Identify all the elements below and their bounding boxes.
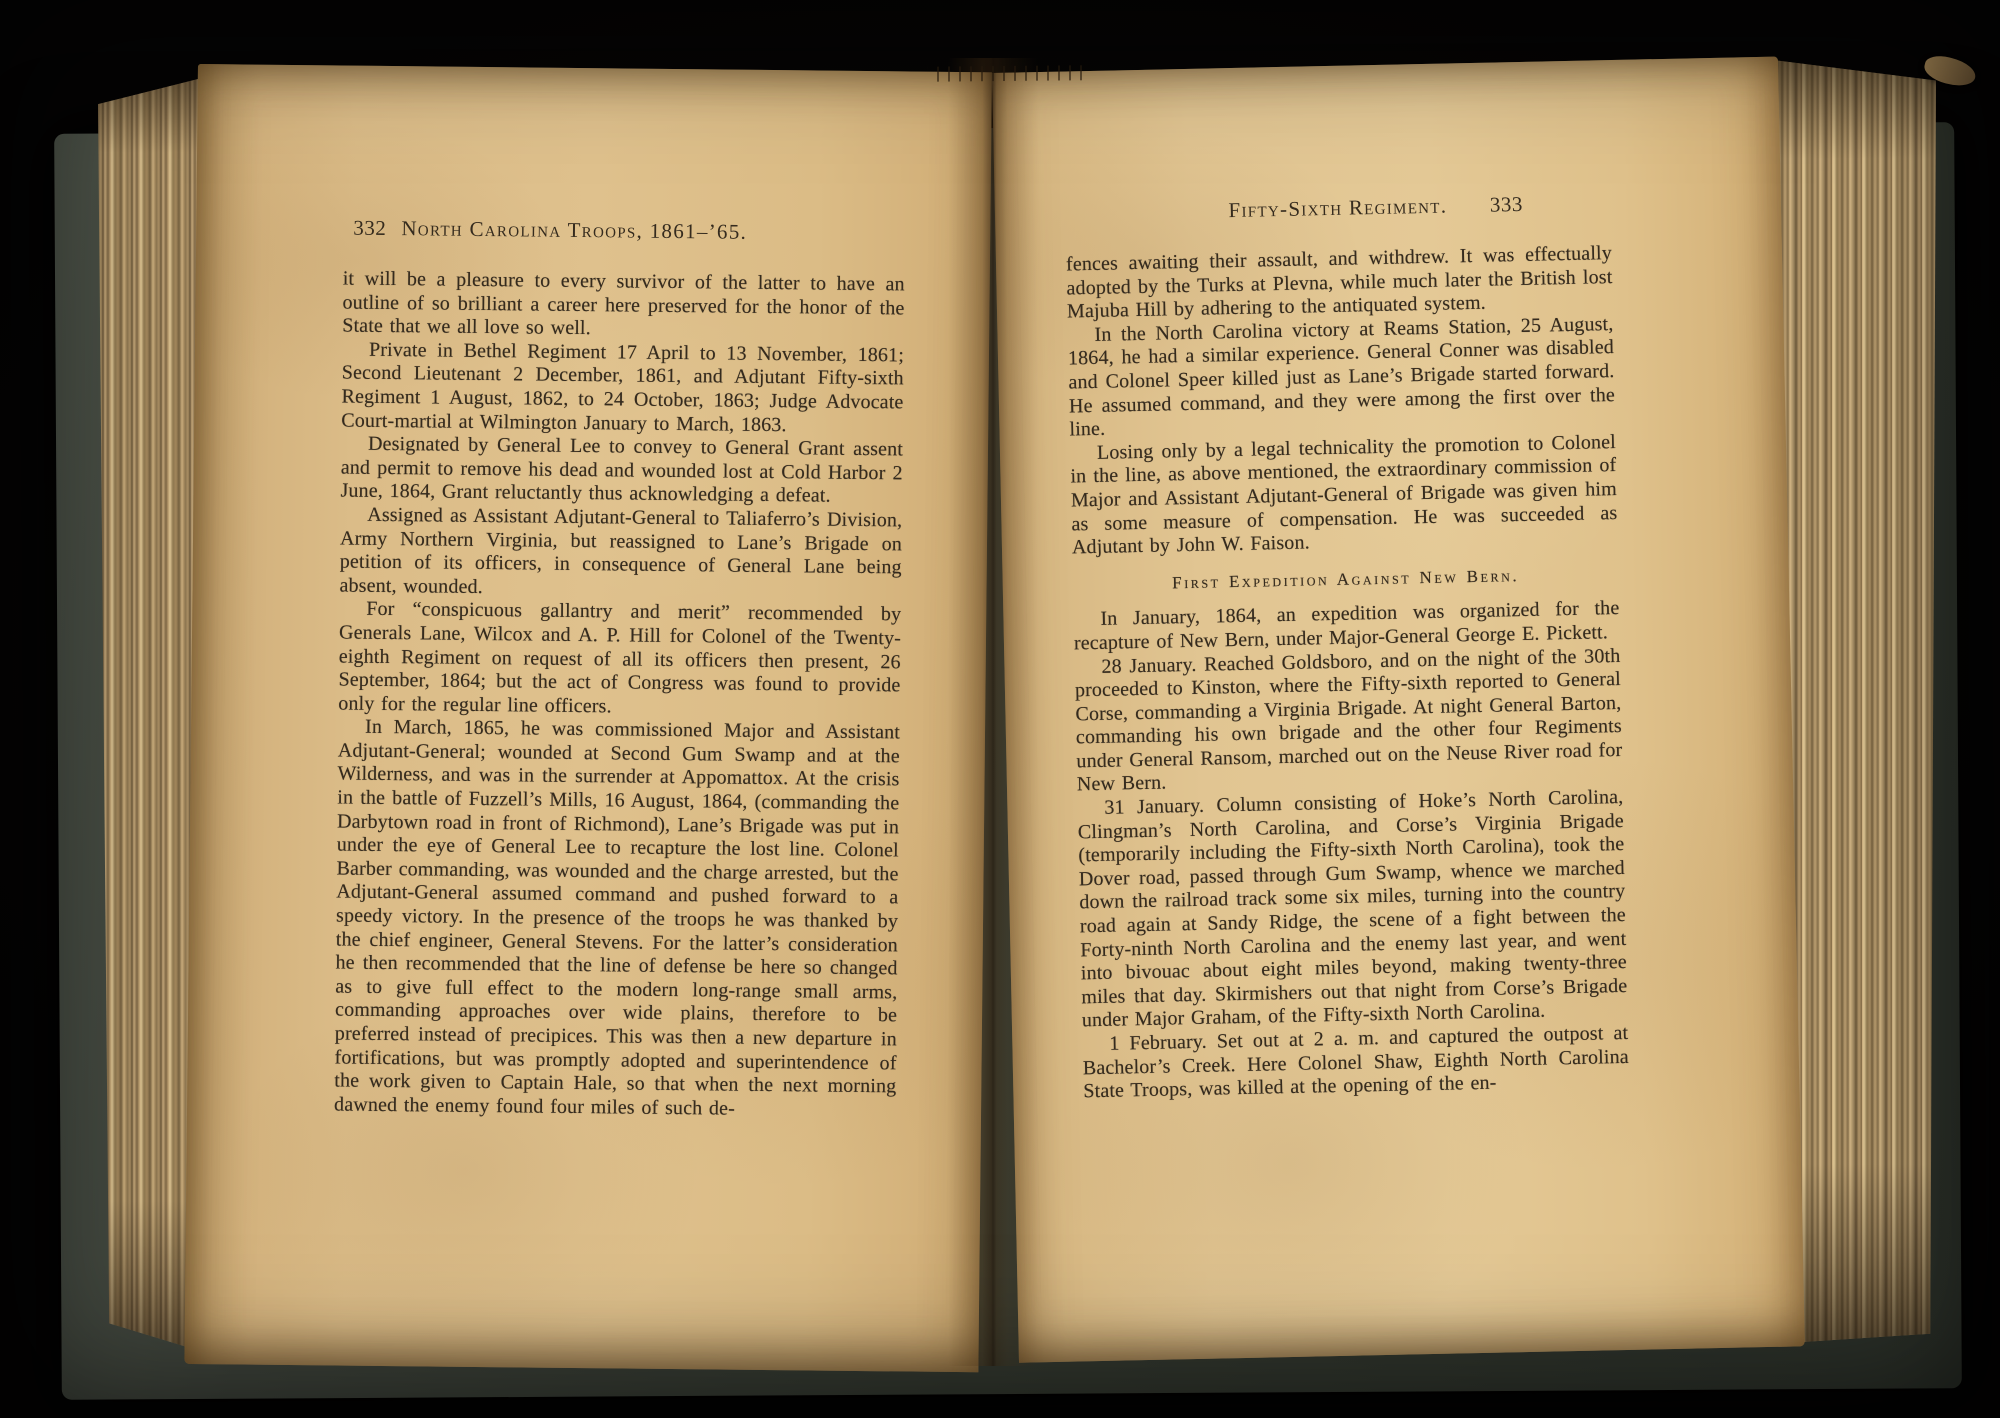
paragraph: Losing only by a legal technicality the … xyxy=(1070,431,1618,560)
paragraph: 28 January. Reached Goldsboro, and on th… xyxy=(1074,644,1623,797)
paragraph: fences awaiting their assault, and withd… xyxy=(1066,242,1613,324)
running-title: North Carolina Troops, 1861–’65. xyxy=(343,216,805,246)
paragraph: it will be a pleasure to every survivor … xyxy=(342,268,905,345)
paragraph: Assigned as Assistant Adjutant-General t… xyxy=(339,503,902,603)
page-number: 333 xyxy=(1490,192,1524,218)
right-text-block: Fifty-Sixth Regiment. 333 fences awaitin… xyxy=(1065,190,1630,1104)
left-running-header: 332 North Carolina Troops, 1861–’65. xyxy=(343,216,905,248)
paragraph: 31 January. Column consisting of Hoke’s … xyxy=(1077,786,1628,1033)
gutter-shadow xyxy=(948,58,1038,1366)
right-body-top: fences awaiting their assault, and withd… xyxy=(1066,242,1618,560)
right-body-bottom: In January, 1864, an expedition was orga… xyxy=(1073,597,1629,1104)
left-page: 332 North Carolina Troops, 1861–’65. it … xyxy=(184,64,992,1372)
left-body: it will be a pleasure to every survivor … xyxy=(334,268,905,1123)
book-scan: 332 North Carolina Troops, 1861–’65. it … xyxy=(0,0,2000,1418)
paragraph: In March, 1865, he was commissioned Majo… xyxy=(334,716,900,1123)
paragraph: For “conspicuous gallantry and merit” re… xyxy=(338,598,901,722)
paragraph: In the North Carolina victory at Reams S… xyxy=(1067,313,1615,442)
paragraph: Designated by General Lee to convey to G… xyxy=(340,433,903,510)
left-text-block: 332 North Carolina Troops, 1861–’65. it … xyxy=(334,216,905,1123)
paragraph: Private in Bethel Regiment 17 April to 1… xyxy=(341,338,904,438)
right-page: Fifty-Sixth Regiment. 333 fences awaitin… xyxy=(992,57,1805,1363)
paragraph: 1 February. Set out at 2 a. m. and captu… xyxy=(1082,1022,1629,1104)
running-title: Fifty-Sixth Regiment. xyxy=(1065,190,1611,226)
right-running-header: Fifty-Sixth Regiment. 333 xyxy=(1065,190,1611,227)
binding-stitches xyxy=(928,65,1086,81)
section-heading: First Expedition Against New Bern. xyxy=(1072,562,1618,597)
